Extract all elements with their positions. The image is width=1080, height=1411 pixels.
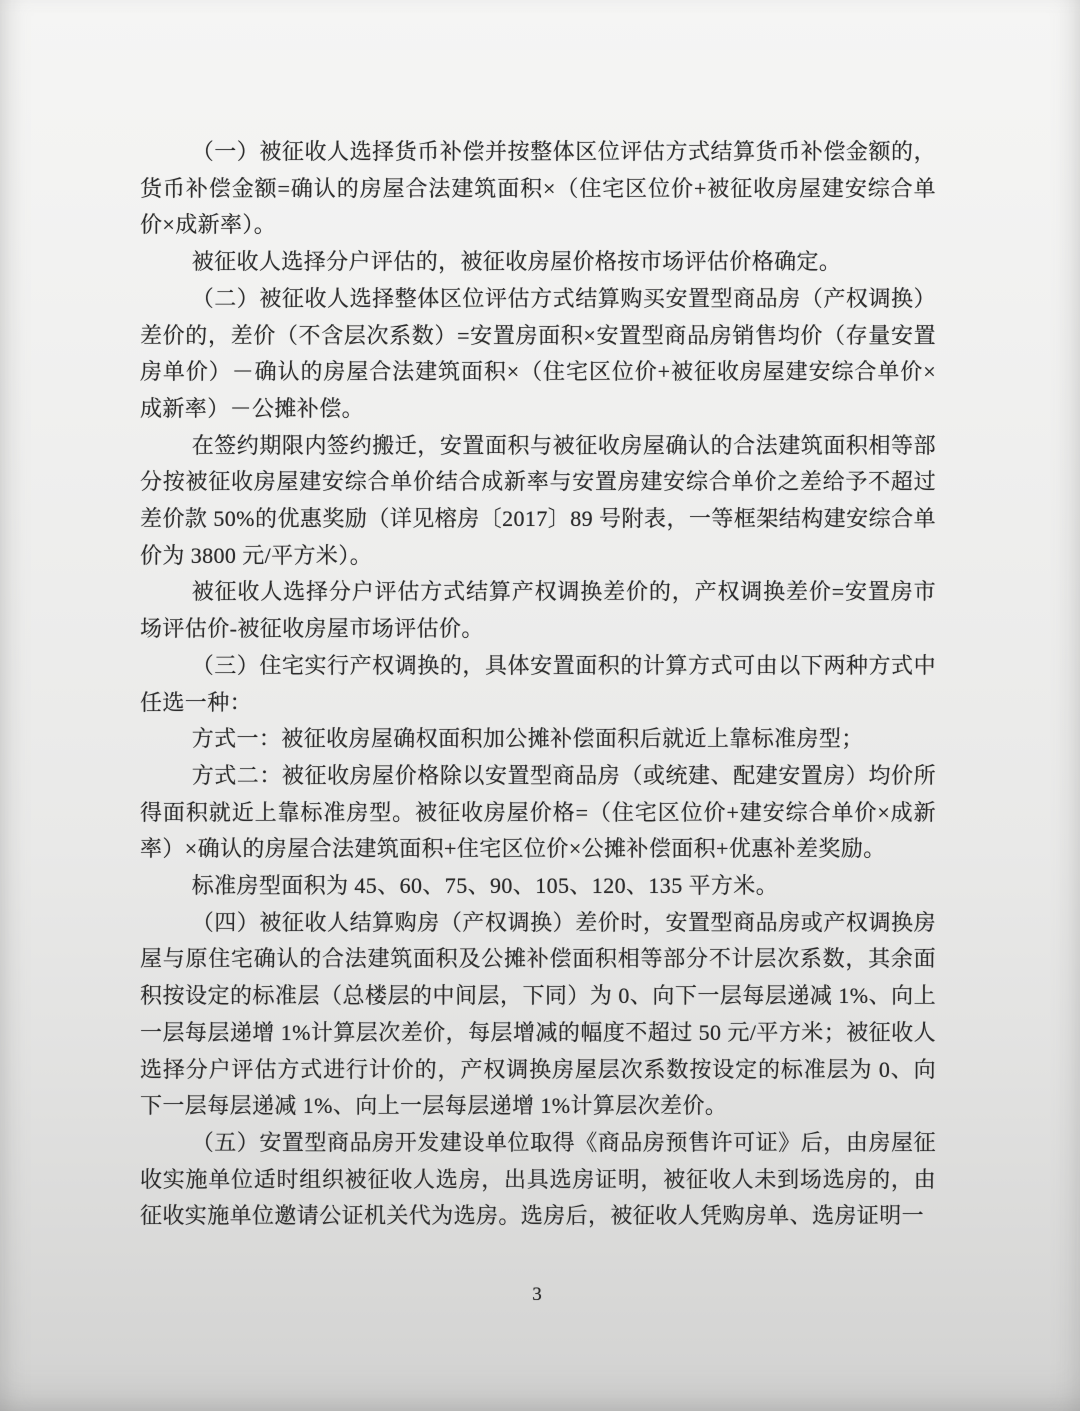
paragraph: 在签约期限内签约搬迁，安置面积与被征收房屋确认的合法建筑面积相等部分按被征收房屋… (140, 428, 936, 575)
paragraph: （二）被征收人选择整体区位评估方式结算购买安置型商品房（产权调换）差价的，差价（… (140, 281, 936, 428)
paragraph: 方式一：被征收房屋确权面积加公摊补偿面积后就近上靠标准房型； (140, 721, 936, 758)
page-number: 3 (0, 1284, 1074, 1306)
paragraph: 标准房型面积为 45、60、75、90、105、120、135 平方米。 (140, 868, 936, 905)
paragraph: （一）被征收人选择货币补偿并按整体区位评估方式结算货币补偿金额的，货币补偿金额=… (140, 134, 936, 244)
document-body: （一）被征收人选择货币补偿并按整体区位评估方式结算货币补偿金额的，货币补偿金额=… (140, 134, 936, 1235)
paragraph: 被征收人选择分户评估方式结算产权调换差价的，产权调换差价=安置房市场评估价-被征… (140, 574, 936, 647)
paragraph: （三）住宅实行产权调换的，具体安置面积的计算方式可由以下两种方式中任选一种： (140, 648, 936, 721)
paragraph: 方式二：被征收房屋价格除以安置型商品房（或统建、配建安置房）均价所得面积就近上靠… (140, 758, 936, 868)
paragraph: 被征收人选择分户评估的，被征收房屋价格按市场评估价格确定。 (140, 244, 936, 281)
paragraph: （四）被征收人结算购房（产权调换）差价时，安置型商品房或产权调换房屋与原住宅确认… (140, 905, 936, 1125)
paragraph: （五）安置型商品房开发建设单位取得《商品房预售许可证》后，由房屋征收实施单位适时… (140, 1125, 936, 1235)
